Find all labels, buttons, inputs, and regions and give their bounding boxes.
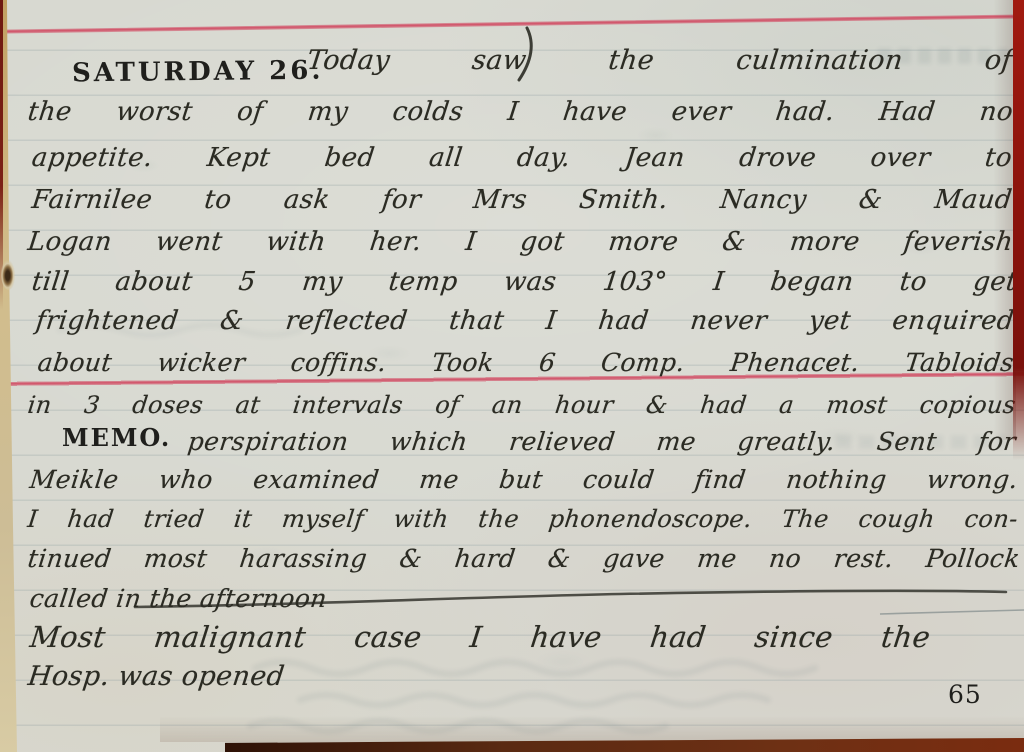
bottom-edge-shadow [160,716,1024,742]
entry-line: Logan went with her. I got more & more f… [26,226,1015,259]
day-heading: SATURDAY 26. [72,56,324,89]
entry-line: the worst of my colds I have ever had. H… [26,96,1015,129]
entry-line: frightened & reflected that I had never … [34,305,1016,338]
red-feint-rule-top [0,14,1024,33]
entry-line: tinued most harassing & hard & gave me n… [26,543,1022,574]
entry-line: Most malignant case I have had since the [28,619,932,655]
adjacent-page-edge [0,0,17,752]
entry-line: Meikle who examined me but could find no… [28,464,1020,495]
memo-heading: MEMO. [62,423,171,452]
left-cover-sliver [0,0,3,310]
entry-line: Hosp. was opened [26,660,310,694]
pen-line-fragment [880,610,1024,614]
entry-line: in 3 doses at intervals of an hour & had… [26,390,1018,420]
entry-line: called in the afternoon [28,583,452,614]
page-number: 65 [948,680,982,709]
diary-page-scan: { "diary": { "day_heading": "SATURDAY 26… [0,0,1024,752]
torn-hole [1,258,16,290]
entry-line: Today saw the culmination of [305,44,1014,78]
book-cover-bottom [225,738,1024,752]
entry-line: about wicker coffins. Took 6 Comp. Phena… [36,347,1016,378]
entry-line: Fairnilee to ask for Mrs Smith. Nancy & … [30,184,1014,217]
entry-line: perspiration which relieved me greatly. … [186,426,1018,457]
entry-line: till about 5 my temp was 103° I began to… [30,266,1019,299]
entry-line: appetite. Kept bed all day. Jean drove o… [30,142,1014,175]
entry-line: I had tried it myself with the phonendos… [26,504,1020,534]
